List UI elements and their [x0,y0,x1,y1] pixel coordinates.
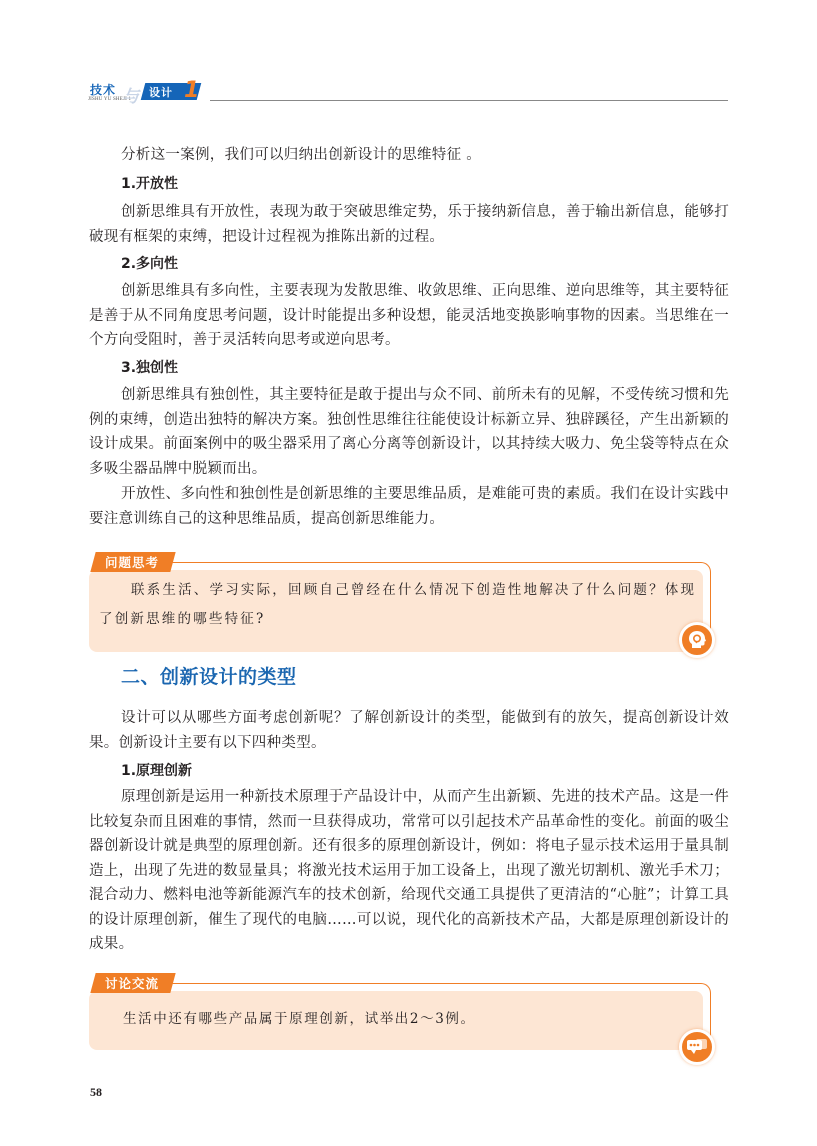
logo-volume-number: 1 [184,78,199,103]
trait-heading-originality: 3.独创性 [121,357,178,377]
header-divider [210,100,728,101]
page-number: 58 [90,1085,102,1100]
callout-body: 联系生活、学习实际，回顾自己曾经在什么情况下创造性地解决了什么问题？体现了创新思… [89,570,703,652]
trait-text-openness: 创新思维具有开放性，表现为敢于突破思维定势，乐于接纳新信息，善于输出新信息，能够… [89,200,729,249]
running-header: 技术 JISHU YU SHEJI 1 与 设计 1 [88,80,728,108]
trait-text-originality: 创新思维具有独创性，其主要特征是敢于提出与众不同、前所未有的见解，不受传统习惯和… [89,383,729,481]
section-title: 二、创新设计的类型 [121,662,297,689]
logo-design-label: 设计 [149,84,173,100]
intro-paragraph: 分析这一案例，我们可以归纳出创新设计的思维特征 。 [89,143,729,168]
callout-discuss-label: 讨论交流 [105,974,159,992]
summary-paragraph: 开放性、多向性和独创性是创新思维的主要思维品质，是难能可贵的素质。我们在设计实践… [89,482,729,531]
callout-discuss: 生活中还有哪些产品属于原理创新，试举出2～3例。 讨论交流 [89,973,711,1053]
head-question-icon [679,622,715,658]
subsection-text-principle: 原理创新是运用一种新技术原理于产品设计中，从而产生出新颖、先进的技术产品。这是一… [89,785,729,957]
logo-title-cn: 技术 [90,81,116,98]
trait-heading-multidirectional: 2.多向性 [121,253,178,273]
section-intro: 设计可以从哪些方面考虑创新呢？了解创新设计的类型，能做到有的放矢，提高创新设计效… [89,706,729,755]
callout-think-text: 联系生活、学习实际，回顾自己曾经在什么情况下创造性地解决了什么问题？体现了创新思… [99,576,699,634]
trait-heading-openness: 1.开放性 [121,173,178,193]
trait-text-multidirectional: 创新思维具有多向性，主要表现为发散思维、收敛思维、正向思维、逆向思维等，其主要特… [89,279,729,353]
subsection-heading-principle: 1.原理创新 [121,760,192,780]
logo-connector: 与 [122,82,139,107]
speech-bubbles-icon [679,1029,715,1065]
callout-think: 联系生活、学习实际，回顾自己曾经在什么情况下创造性地解决了什么问题？体现了创新思… [89,552,711,652]
callout-think-label: 问题思考 [105,553,159,571]
callout-body: 生活中还有哪些产品属于原理创新，试举出2～3例。 [89,991,703,1050]
callout-discuss-text: 生活中还有哪些产品属于原理创新，试举出2～3例。 [123,1005,723,1034]
